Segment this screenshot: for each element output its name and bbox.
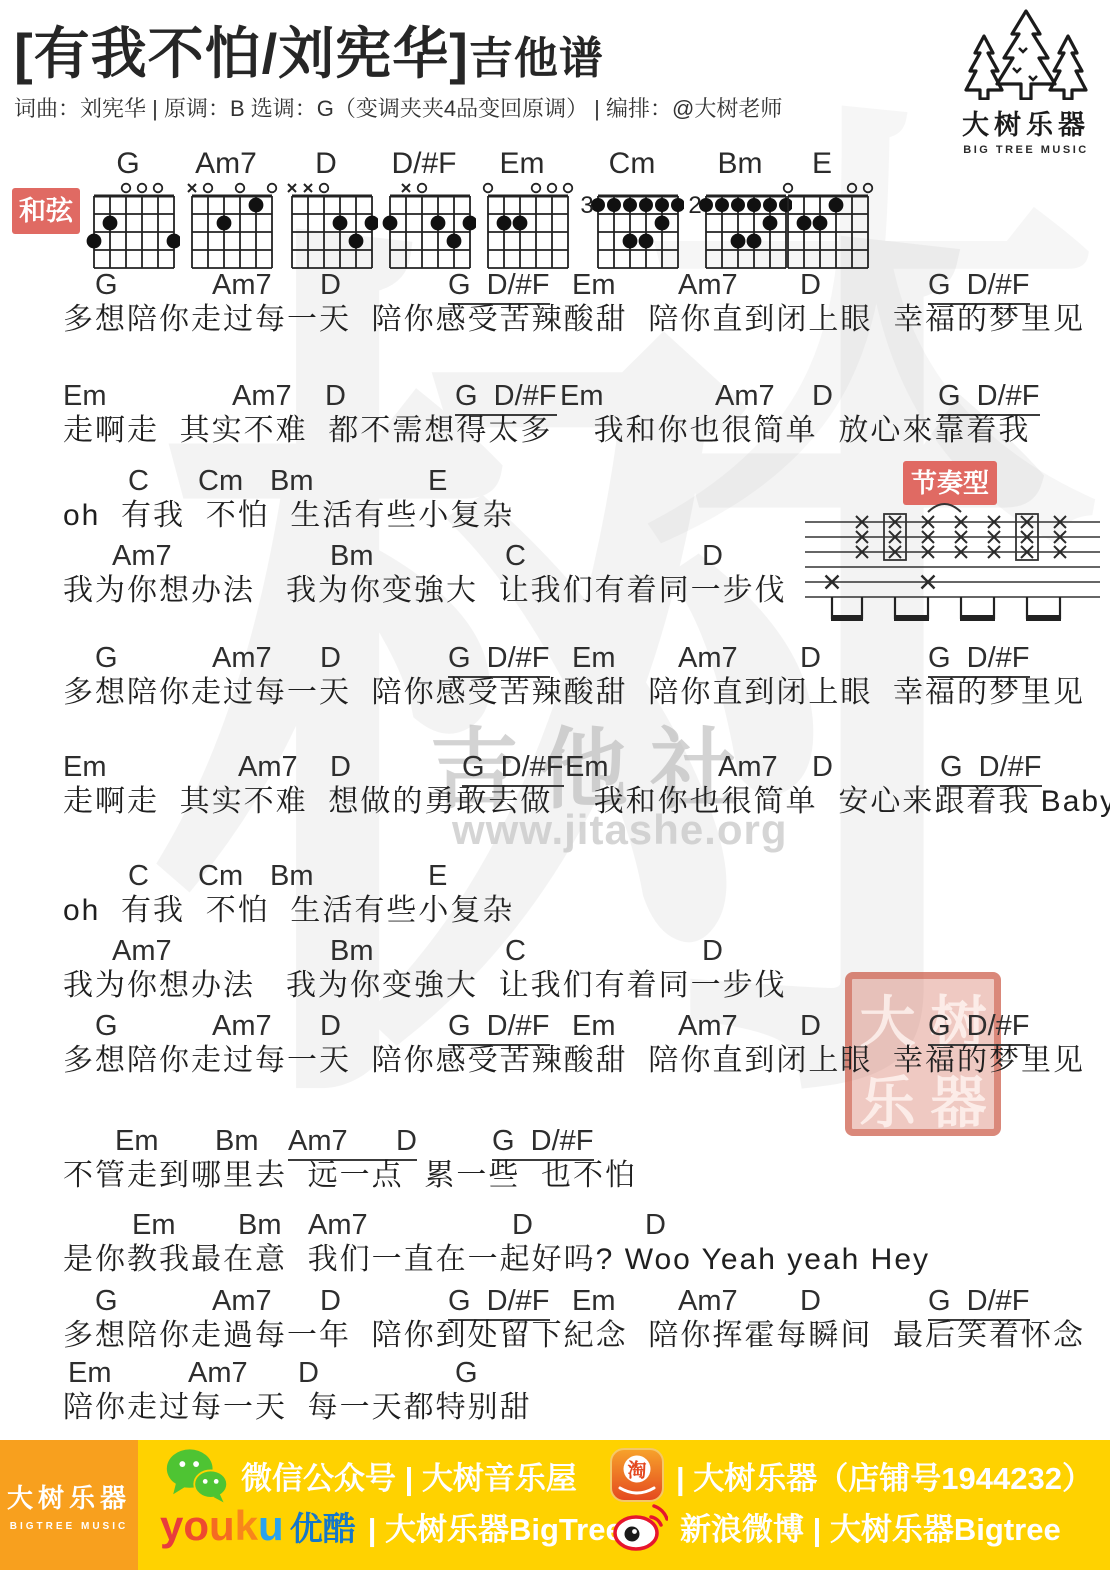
footer-brand-cn: 大树乐器 [7,1478,131,1515]
chord-symbol: G D/#F [448,643,550,678]
logo-name-en: BIG TREE MUSIC [948,144,1104,156]
title-suffix: 吉他谱 [469,34,604,83]
chord-symbol: Am7 [212,270,272,300]
lyric-line: oh 有我 不怕 生活有些小复杂 [63,499,514,532]
lyric-line: 我为你想办法 我为你变強大 让我们有着同一步伐 [63,969,787,1002]
chord-symbol: G [95,643,118,673]
chord-symbol: G D/#F [928,270,1030,305]
chord-symbol: Em [572,270,616,300]
chord-symbol: D [800,1011,821,1041]
chord-diagram-D: D [274,146,378,281]
page-title: [有我不怕/刘宪华]吉他谱 [14,10,604,90]
chord-symbol: E [428,466,447,496]
chord-diagram-name: Cm [580,146,684,182]
footer-brand-block: 大树乐器 BIGTREE MUSIC [0,1440,138,1570]
chord-diagram-name: Em [470,146,574,182]
chord-symbol: Em [572,643,616,673]
weibo-icon [612,1500,668,1552]
chord-symbol: G D/#F [928,1011,1030,1046]
chord-symbol: D [812,752,833,782]
chord-symbol: C [505,936,526,966]
chord-symbol: Am7 [112,541,172,571]
chord-diagram-Cm: Cm3 [580,146,684,281]
wechat-icon [165,1446,229,1504]
lyric-line: 走啊走 其实不难 想做的勇敢去做 我和你也很简单 安心来跟着我 Baby [63,785,1110,818]
chord-grid [470,182,574,276]
chord-symbol: Am7 [232,381,292,411]
youku-logo-cn: 优酷 [290,1503,356,1550]
chord-symbol: Am7 [718,752,778,782]
chord-symbol: Em [572,1011,616,1041]
chord-symbol: G D/#F [492,1126,594,1161]
song-meta-line: 词曲：刘宪华 | 原调：B 选调：G（变调夹夹4品变回原调） | 编排：@大树老… [14,92,782,123]
chord-symbol: D [812,381,833,411]
chord-symbol: D [800,1286,821,1316]
chord-symbol: G D/#F [455,381,557,416]
chord-symbol: Em [68,1358,112,1388]
chord-symbol: Em [115,1126,159,1156]
footer-wechat-item: 微信公众号 | 大树音乐屋 [165,1446,577,1504]
lyric-line: 多想陪你走过每一天 陪你感受苦辣酸甜 陪你直到闭上眼 幸福的梦里见 [63,1044,1085,1077]
chord-diagram-name: Am7 [174,146,278,182]
chord-symbol: Bm [215,1126,259,1156]
chord-symbol: D [325,381,346,411]
svg-text:2: 2 [688,192,701,219]
chord-symbol: Am7 [715,381,775,411]
chord-symbol: E [428,861,447,891]
rhythm-tag: 节奏型 [903,461,997,505]
chord-symbol: Am7 [188,1358,248,1388]
footer-weibo-item: 新浪微博 | 大树乐器Bigtree [612,1500,1061,1552]
chord-grid [76,182,180,276]
youku-logo: youku [160,1502,284,1550]
chord-symbol: Em [132,1210,176,1240]
chord-symbol: G D/#F [928,1286,1030,1321]
chord-diagram-name: E [770,146,874,182]
chord-symbol: D [320,270,341,300]
bigtree-logo: 大树乐器 BIG TREE MUSIC [948,8,1104,156]
chord-symbol: D [800,643,821,673]
chord-symbol: Am7 [212,1286,272,1316]
chord-symbol: G D/#F [462,752,564,787]
chord-symbol: Am7 [678,270,738,300]
logo-name-cn: 大树乐器 [948,103,1104,142]
chord-diagram-name: D/#F [372,146,476,182]
chord-symbol: G D/#F [448,1011,550,1046]
chord-grid [372,182,476,276]
chord-symbol: Cm [198,861,243,891]
lyric-line: 是你教我最在意 我们一直在一起好吗? Woo Yeah yeah Hey [63,1243,930,1276]
chord-diagram-G: G [76,146,180,281]
chord-symbol: Am7 [678,1011,738,1041]
footer-taobao-item: 淘 | 大树乐器（店铺号1944232） [610,1448,1093,1502]
chord-symbol: Bm [238,1210,282,1240]
chord-symbol: Am7 D [288,1126,417,1161]
chord-symbol: Em [63,752,107,782]
youku-logo-letter: u [258,1502,284,1549]
chord-symbol: G D/#F [940,752,1042,787]
footer-youku-item: youku 优酷 | 大树乐器BigTree [160,1502,623,1550]
chord-symbol: D [702,541,723,571]
chord-symbol: Em [572,1286,616,1316]
footer-weibo-text: 新浪微博 | 大树乐器Bigtree [680,1504,1061,1549]
chord-diagram-name: D [274,146,378,182]
lyric-line: 走啊走 其实不难 都不需想得太多 我和你也很简单 放心來靠着我 [63,414,1030,447]
chord-symbol: D [512,1210,533,1240]
chord-diagram-E: E [770,146,874,281]
chord-symbol: Am7 [238,752,298,782]
chords-tag: 和弦 [12,188,80,234]
chord-symbol: D [645,1210,666,1240]
chord-symbol: D [702,936,723,966]
lyric-line: 多想陪你走过每一天 陪你感受苦辣酸甜 陪你直到闭上眼 幸福的梦里见 [63,303,1085,336]
chord-symbol: D [320,1286,341,1316]
chord-symbol: G D/#F [448,1286,550,1321]
chord-symbol: D [800,270,821,300]
chord-grid [174,182,278,276]
lyric-line: 陪你走过每一天 每一天都特别甜 [63,1391,532,1424]
chord-diagram-D/#F: D/#F [372,146,476,281]
chord-diagram-Am7: Am7 [174,146,278,281]
chord-grid [274,182,378,276]
chord-symbol: G [95,1011,118,1041]
chord-symbol: D [298,1358,319,1388]
chord-diagram-name: G [76,146,180,182]
chord-symbol: Am7 [212,1011,272,1041]
chord-grid: 3 [580,182,684,276]
chord-sheet-page: 树 大 吉他社 www.jitashe.org 大 树 乐 器 [有我不怕/刘宪… [0,0,1110,1570]
chord-symbol: Em [560,381,604,411]
chord-symbol: C [128,861,149,891]
svg-text:淘: 淘 [627,1459,646,1482]
chord-symbol: Em [565,752,609,782]
chord-symbol: G [95,1286,118,1316]
footer-brand-en: BIGTREE MUSIC [10,1521,128,1532]
youku-logo-letter: u [209,1502,235,1549]
chord-symbol: D [320,1011,341,1041]
chord-symbol: Am7 [678,643,738,673]
title-song: [有我不怕/刘宪华] [14,22,469,85]
lyric-line: oh 有我 不怕 生活有些小复杂 [63,894,514,927]
taobao-icon: 淘 [610,1448,664,1502]
chord-symbol: Cm [198,466,243,496]
chord-symbol: Bm [330,541,374,571]
chord-symbol: G D/#F [928,643,1030,678]
chord-symbol: Am7 [678,1286,738,1316]
lyric-line: 多想陪你走過每一年 陪你到处留下紀念 陪你挥霍每瞬间 最后笑着怀念 [63,1319,1085,1352]
footer-bar: 大树乐器 BIGTREE MUSIC 微信公众号 | 大树音乐屋 淘 [0,1440,1110,1570]
chord-symbol: C [505,541,526,571]
chord-symbol: G D/#F [448,270,550,305]
lyric-line: 多想陪你走过每一天 陪你感受苦辣酸甜 陪你直到闭上眼 幸福的梦里见 [63,676,1085,709]
lyric-line: 不管走到哪里去 远一点 累一些 也不怕 [63,1159,637,1192]
chord-symbol: Bm [330,936,374,966]
chord-symbol: Bm [270,466,314,496]
youku-logo-letter: k [235,1502,258,1549]
chord-symbol: G D/#F [938,381,1040,416]
chord-symbol: Em [63,381,107,411]
lyric-line: 我为你想办法 我为你变強大 让我们有着同一步伐 [63,574,787,607]
youku-logo-letter: o [183,1502,209,1549]
tree-logo-icon [951,8,1101,100]
footer-youku-text: | 大树乐器BigTree [368,1504,623,1549]
chord-symbol: G [95,270,118,300]
chord-symbol: Bm [270,861,314,891]
chord-symbol: D [330,752,351,782]
chord-symbol: Am7 [112,936,172,966]
chord-symbol: G [455,1358,478,1388]
youku-logo-letter: y [160,1502,183,1549]
chord-symbol: C [128,466,149,496]
footer-wechat-text: 微信公众号 | 大树音乐屋 [241,1453,577,1498]
chord-grid [770,182,874,276]
svg-text:3: 3 [580,192,593,219]
footer-taobao-text: | 大树乐器（店铺号1944232） [676,1453,1093,1498]
chord-symbol: Am7 [212,643,272,673]
chord-symbol: D [320,643,341,673]
chord-symbol: Am7 [308,1210,368,1240]
chord-diagram-Em: Em [470,146,574,281]
